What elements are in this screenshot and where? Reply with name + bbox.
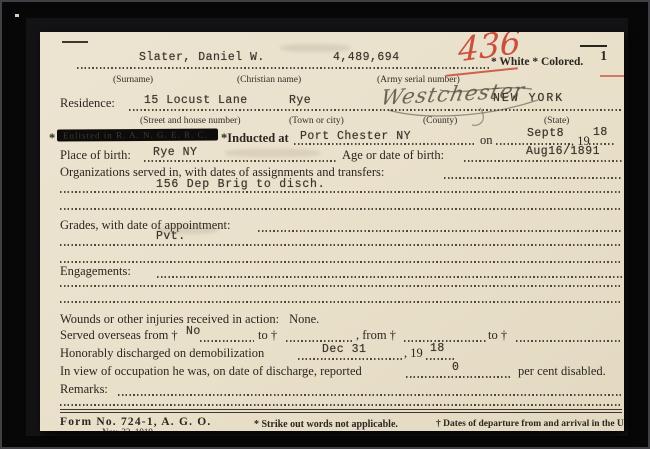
overseas-from2-label: , from † — [356, 328, 396, 343]
erased-stamp-smudge — [225, 149, 320, 157]
red-pen-underline — [600, 75, 624, 77]
remarks-line-2 — [60, 404, 622, 406]
service-record-card: Slater, Daniel W. 4,489,694 * White * Co… — [40, 32, 624, 431]
dagger-note: † Dates of departure from and arrival in… — [436, 419, 624, 429]
inducted-at-label: *Inducted at — [221, 131, 289, 146]
discharge-year-line — [426, 358, 456, 360]
induction-place: Port Chester NY — [300, 130, 411, 143]
town-label: (Town or city) — [289, 116, 344, 126]
overseas-to2-label: to † — [488, 328, 507, 343]
strike-out-note: * Strike out words not applicable. — [254, 419, 398, 430]
footer-rule-2 — [60, 412, 622, 413]
overseas-line-3 — [404, 340, 486, 342]
strike-asterisk: * — [49, 131, 55, 146]
engagements-label: Engagements: — [60, 264, 131, 279]
wounds-label: Wounds or other injuries received in act… — [60, 312, 279, 326]
organizations-line-2 — [60, 191, 622, 193]
disability-suffix: per cent disabled. — [518, 364, 606, 379]
discharge-year-typed: 18 — [430, 342, 445, 355]
army-serial-number: 4,489,694 — [333, 51, 400, 64]
induction-year-typed: 18 — [593, 126, 608, 139]
birth-date-value: Aug16/1891 — [526, 145, 600, 158]
residence-town: Rye — [289, 94, 311, 107]
place-of-birth-value: Rye NY — [153, 146, 197, 159]
discharge-label: Honorably discharged on demobilization — [60, 346, 264, 361]
form-date: Nov. 22, 1919. — [102, 427, 155, 431]
age-label: Age or date of birth: — [342, 148, 444, 163]
discharge-date-line — [298, 358, 402, 360]
footer-rule-1 — [60, 409, 622, 410]
grades-value: Pvt. — [156, 230, 186, 243]
residence-street: 15 Locust Lane — [144, 94, 248, 107]
overseas-line-4 — [516, 340, 622, 342]
organizations-line-3 — [60, 208, 622, 210]
grades-line-2 — [60, 244, 622, 246]
redaction-bar: Enlisted in R. A. N. G. E. R. C. — [57, 128, 218, 141]
christian-name-label: (Christian name) — [237, 75, 301, 85]
residence-label: Residence: — [60, 96, 115, 111]
residence-state: NEW YORK — [493, 92, 564, 105]
grades-line-3 — [60, 261, 622, 263]
dust-speck — [15, 14, 19, 17]
remarks-line-1 — [118, 394, 622, 396]
overseas-line-1 — [200, 340, 254, 342]
surname-label: (Surname) — [113, 75, 153, 85]
wounds-value: None. — [289, 312, 319, 326]
place-of-birth-label: Place of birth: — [60, 148, 131, 163]
disability-label: In view of occupation he was, on date of… — [60, 364, 362, 379]
on-label: on — [480, 133, 493, 148]
overseas-label: Served overseas from † — [60, 328, 178, 343]
discharge-date: Dec 31 — [322, 343, 366, 356]
scanned-photo-background: Slater, Daniel W. 4,489,694 * White * Co… — [0, 0, 650, 449]
induction-date: Sept8 — [527, 127, 564, 140]
page-number: 1 — [600, 48, 607, 63]
overseas-line-2 — [286, 340, 354, 342]
disability-value: 0 — [452, 361, 459, 374]
page-number-mark: 1 — [580, 45, 607, 65]
disability-line — [406, 376, 510, 378]
birth-date-line — [464, 160, 622, 162]
name-dotted-line — [77, 67, 491, 69]
grades-line-1 — [258, 230, 622, 232]
engagements-line-2 — [60, 285, 622, 287]
discharge-year-printed: , 19 — [404, 346, 423, 361]
county-label: (County) — [423, 116, 457, 126]
residence-dotted-line — [129, 109, 622, 111]
pen-dash-mark — [62, 41, 88, 43]
organizations-value: 156 Dep Brig to disch. — [156, 178, 325, 191]
engagements-line-1 — [157, 276, 622, 278]
organizations-line-1 — [444, 177, 622, 179]
state-label: (State) — [544, 116, 569, 126]
overseas-to1-label: to † — [258, 328, 277, 343]
engagements-line-3 — [60, 301, 622, 303]
overseas-from1-value: No — [186, 325, 201, 338]
inducted-place-line — [294, 143, 476, 145]
remarks-label: Remarks: — [60, 382, 108, 397]
street-label: (Street and house number) — [140, 116, 241, 126]
soldier-name: Slater, Daniel W. — [139, 51, 265, 64]
birth-place-line — [144, 160, 336, 162]
redacted-ghost-text: Enlisted in R. A. N. G. E. R. C. — [63, 130, 208, 141]
